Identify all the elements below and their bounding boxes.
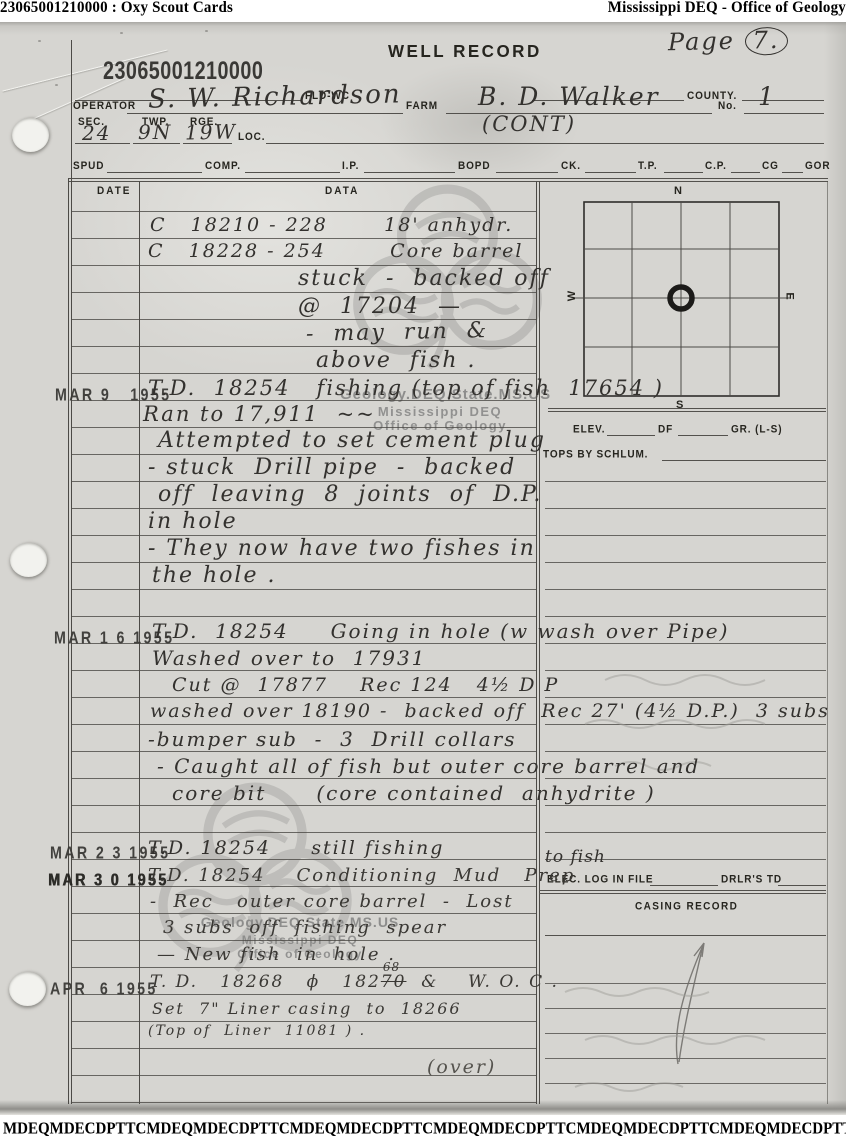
- footer-token: MDEQ: [290, 1119, 337, 1139]
- compass-north-label: N: [674, 185, 682, 197]
- footer-token: MDECD: [50, 1119, 107, 1139]
- handwritten-entry: Set 7" Liner casing to 18266: [152, 1001, 462, 1017]
- handwritten-entry: washed over 18190 - backed off Rec 27' (…: [150, 702, 830, 721]
- handwritten-entry: -bumper sub - 3 Drill collars: [148, 729, 516, 749]
- footer-strip: MDEQMDECDPTTCMDEQMDECDPTTCMDEQMDECDPTTCM…: [0, 1115, 846, 1143]
- struck-depth: 70: [381, 972, 407, 992]
- handwritten-entry-apr: T. D. 18268 ϕ 1826870 & W. O. C .: [150, 974, 559, 991]
- agency-title: Mississippi DEQ - Office of Geology: [608, 0, 846, 17]
- handwritten-entry: T.D. 18254 fishing (top of fish 17654 ): [148, 378, 664, 399]
- handwritten-entry: in hole: [148, 511, 238, 533]
- footer-token: PTTC: [106, 1119, 146, 1139]
- label-farm: FARM: [406, 100, 438, 112]
- farm-cont-note: (CONT): [482, 114, 576, 135]
- label-bopd: BOPD: [458, 160, 491, 172]
- footer-token: PTTC: [680, 1119, 720, 1139]
- handwritten-entry: off leaving 8 joints of D.P.: [158, 484, 542, 506]
- page-number-circled: 7.: [744, 27, 787, 56]
- operator-value: S. W. Richardson: [148, 81, 402, 112]
- footer-token: PTTC: [536, 1119, 576, 1139]
- compass-west-label: W: [566, 291, 578, 301]
- hole-punch: [9, 972, 46, 1006]
- location-plat-grid: [583, 201, 780, 397]
- label-cp: C.P.: [705, 160, 727, 172]
- column-header-date: DATE: [97, 185, 131, 197]
- farm-value: B. D. Walker: [478, 84, 660, 109]
- corrected-depth: 68: [383, 961, 400, 973]
- scanned-well-record-card: Geology.DEQ.State.MS.US Mississippi DEQ …: [0, 22, 846, 1115]
- handwritten-entry: (Top of Liner 11081 ) .: [148, 1024, 366, 1038]
- sec-value: 24: [82, 123, 111, 143]
- handwritten-entry: Cut @ 17877 Rec 124 4½ D P: [172, 676, 559, 695]
- handwritten-entry: Attempted to set cement plug: [158, 430, 546, 452]
- label-ip: I.P.: [342, 160, 359, 172]
- label-spud: SPUD: [73, 160, 104, 172]
- handwritten-entry: - stuck Drill pipe - backed: [148, 457, 516, 479]
- handwritten-entry: stuck - backed off: [298, 268, 550, 290]
- over-annotation: (over): [427, 1058, 496, 1077]
- document-id-title: 23065001210000 : Oxy Scout Cards: [0, 0, 233, 17]
- label-ck: CK.: [561, 160, 581, 172]
- handwritten-entry: C 18228 - 254 Core barrel: [148, 242, 524, 261]
- handwritten-entry: - may run &: [306, 320, 489, 346]
- viewer-header: 23065001210000 : Oxy Scout Cards Mississ…: [0, 0, 846, 22]
- footer-token: MDEQ: [576, 1119, 623, 1139]
- footer-token: PTTC: [250, 1119, 290, 1139]
- label-operator: OPERATOR: [73, 100, 136, 112]
- handwritten-entry: core bit (core contained anhydrite ): [172, 783, 656, 803]
- twp-value: 9N: [138, 122, 172, 142]
- label-gr-ls: GR. (L-S): [731, 423, 782, 435]
- footer-token: MDECD: [623, 1119, 680, 1139]
- handwritten-entry: - Rec outer core barrel - Lost: [150, 893, 514, 911]
- handwritten-entry: T.D. 18254 Going in hole (w wash over Pi…: [152, 621, 729, 641]
- page-annotation: Page 7.: [668, 27, 788, 57]
- footer-token: MDECD: [336, 1119, 393, 1139]
- footer-token: MDEQ: [3, 1119, 50, 1139]
- footer-token: MDEQ: [433, 1119, 480, 1139]
- footer-token: MDEQ: [720, 1119, 767, 1139]
- label-comp: COMP.: [205, 160, 241, 172]
- label-loc: LOC.: [238, 131, 266, 143]
- hole-punch: [10, 543, 47, 577]
- footer-token: PTTC: [823, 1119, 846, 1139]
- compass-south-label: S: [676, 399, 683, 411]
- column-header-data: DATA: [325, 185, 359, 197]
- handwritten-entry: T.D. 18254 still fishing: [148, 839, 444, 858]
- label-cg: CG: [762, 160, 779, 172]
- handwritten-entry: - They now have two fishes in: [148, 538, 536, 560]
- handwritten-entry: 3 subs off fishing spear: [163, 919, 447, 937]
- footer-token: PTTC: [393, 1119, 433, 1139]
- handwritten-entry: the hole .: [152, 565, 276, 587]
- footer-token: MDECD: [766, 1119, 823, 1139]
- handwritten-entry: above fish .: [316, 350, 477, 372]
- rge-value: 19W: [185, 121, 237, 142]
- handwritten-entry: Ran to 17,911 ~~: [143, 404, 376, 425]
- label-elev: ELEV.: [573, 423, 605, 435]
- hole-punch: [12, 118, 49, 152]
- footer-token: MDEQ: [146, 1119, 193, 1139]
- handwritten-entry: — New fish in hole .: [157, 946, 396, 964]
- handwritten-entry: C 18210 - 228 18' anhydr.: [150, 216, 513, 235]
- compass-east-label: E: [784, 292, 796, 299]
- ink-bleedthrough: [545, 662, 835, 1115]
- handwritten-entry: - Caught all of fish but outer core barr…: [157, 756, 700, 776]
- label-df: DF: [658, 423, 673, 435]
- card-title: WELL RECORD: [388, 42, 542, 63]
- label-no: No.: [718, 100, 737, 112]
- handwritten-entry: @ 17204 —: [298, 296, 462, 318]
- date-stamp: APR 6 1955: [50, 979, 158, 999]
- handwritten-entry: T.D. 18254 Conditioning Mud Prep: [148, 867, 575, 885]
- footer-token: MDECD: [193, 1119, 250, 1139]
- footer-token: MDECD: [480, 1119, 537, 1139]
- label-tp: T.P.: [638, 160, 658, 172]
- label-gor: GOR: [805, 160, 830, 172]
- label-tops-by-schlum: TOPS BY SCHLUM.: [543, 448, 648, 460]
- handwritten-entry: Washed over to 17931: [152, 648, 426, 668]
- well-number-value: 1: [758, 84, 776, 109]
